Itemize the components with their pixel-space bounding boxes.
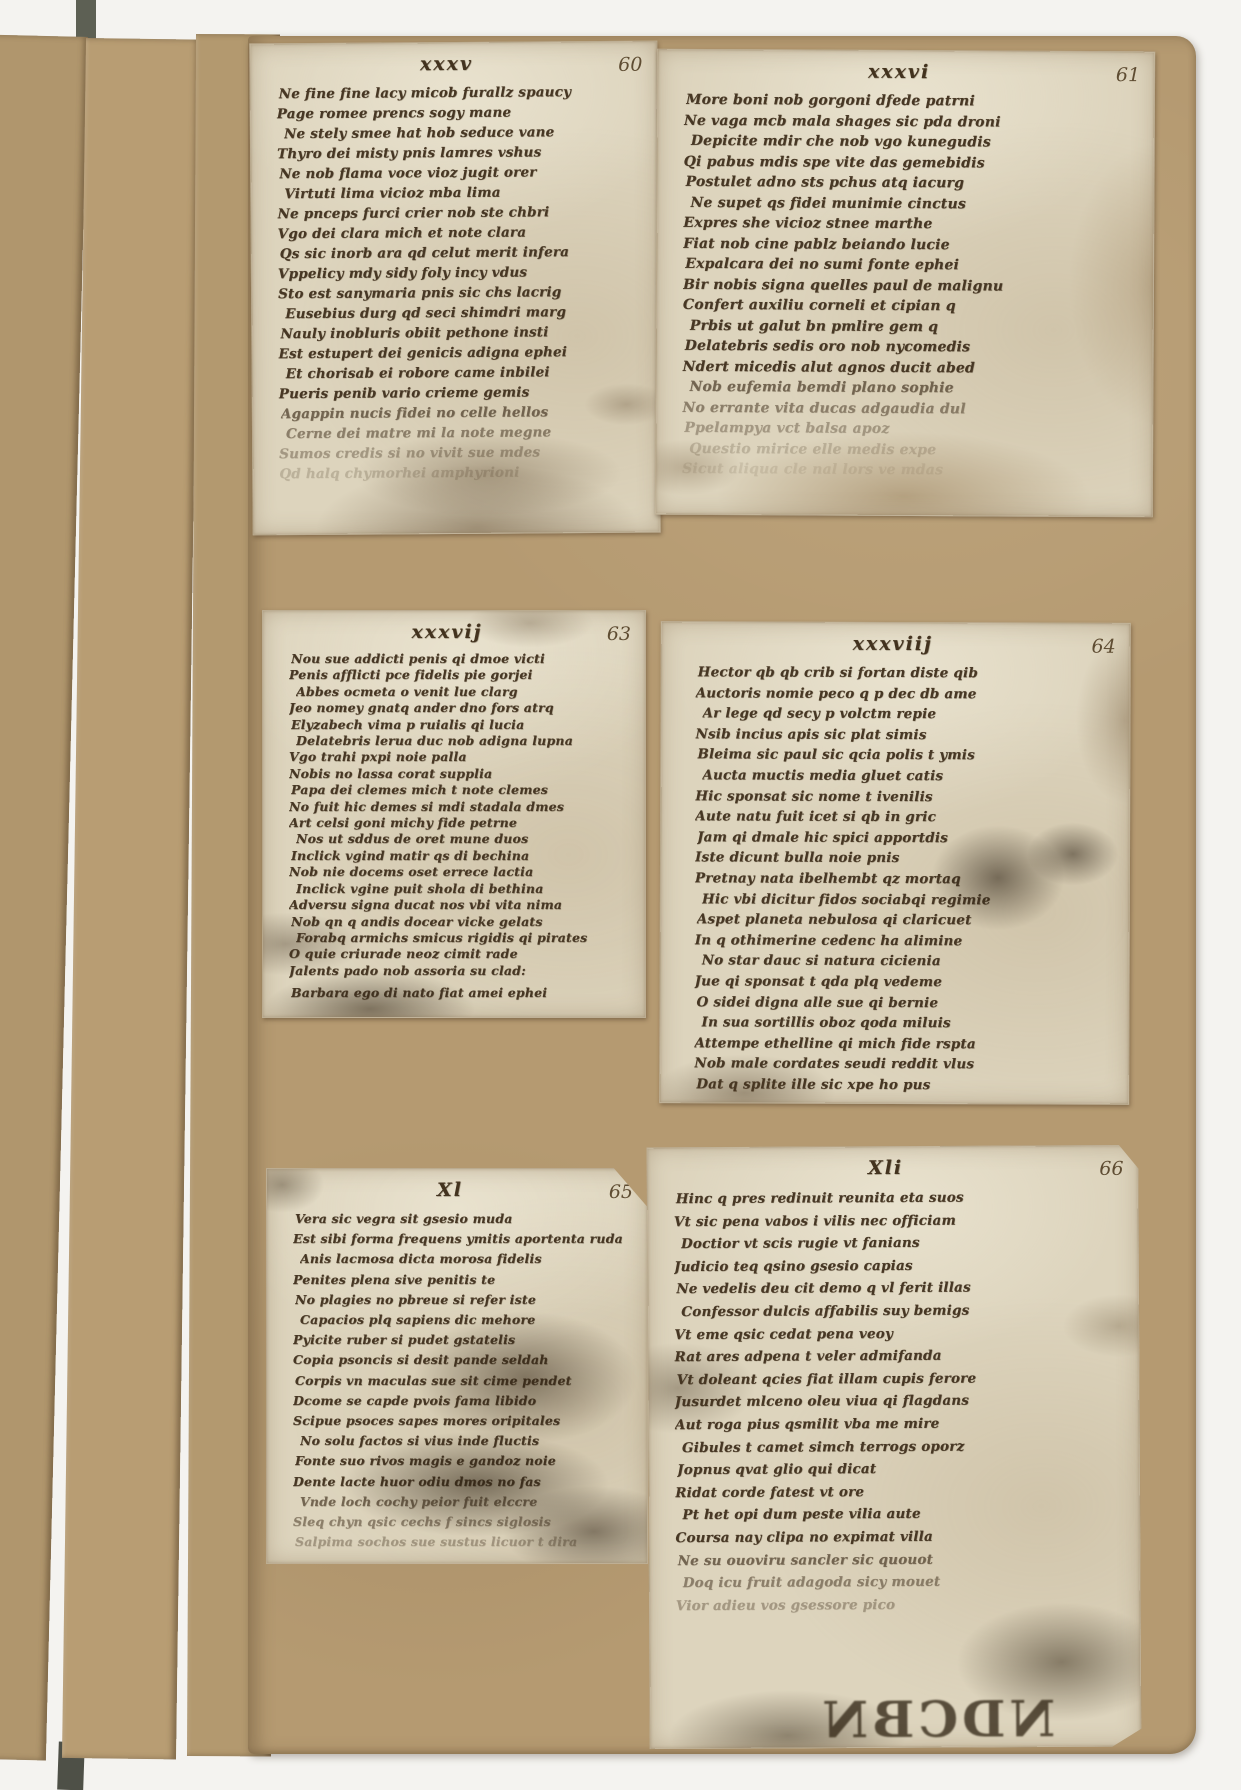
manuscript-text-line: Expres she vicioz stnee marthe <box>683 213 1153 236</box>
manuscript-text-line: In q othimerine cedenc ha alimine <box>695 930 1129 952</box>
manuscript-text-line: Ridat corde fatest vt ore <box>675 1479 1139 1504</box>
manuscript-text-line: Dente lacte huor odiu dmos no fas <box>293 1472 647 1492</box>
manuscript-text-line: Thyro dei misty pnis lamres vshus <box>277 142 657 165</box>
manuscript-text-line: Cerne dei matre mi la note megne <box>286 422 659 445</box>
manuscript-text-line: Nos ut sddus de oret mune duos <box>296 831 645 847</box>
manuscript-leaf-64: xxxviij 64 Hector qb qb crib si fortan d… <box>659 621 1131 1105</box>
manuscript-text-line: Adversu signa ducat nos vbi vita nima <box>289 897 645 913</box>
manuscript-text-line: Postulet adno sts pchus atq iacurg <box>685 172 1153 195</box>
manuscript-text-line: Scipue psoces sapes mores oripitales <box>293 1411 647 1431</box>
manuscript-text-line: Ne pnceps furci crier nob ste chbri <box>277 202 657 225</box>
manuscript-text-line: Pt het opi dum peste vilia aute <box>682 1502 1139 1527</box>
manuscript-text-line: Vnde loch cochy peior fuit elccre <box>300 1492 647 1512</box>
manuscript-text-line: Nauly inobluris obiit pethone insti <box>280 322 658 345</box>
text-block: Vera sic vegra sit gsesio mudaEst sibi f… <box>293 1209 647 1552</box>
manuscript-text-line: Bleima sic paul sic qcia polis t ymis <box>697 745 1129 767</box>
manuscript-text-line: Nob male cordates seudi reddit vlus <box>694 1054 1128 1076</box>
chapter-numeral: xxxvij <box>289 621 605 643</box>
manuscript-text-line: Nou sue addicti penis qi dmoe victi <box>291 651 645 667</box>
chapter-numeral: xxxvi <box>684 60 1114 84</box>
manuscript-text-line: Sumos credis si no vivit sue mdes <box>279 442 659 465</box>
manuscript-leaf-66: Xli 66 Hinc q pres redinuit reunita eta … <box>646 1145 1141 1750</box>
manuscript-text-line: Ar lege qd secy p volctm repie <box>702 704 1129 726</box>
manuscript-text-line: Hinc q pres redinuit reunita eta suos <box>676 1186 1138 1211</box>
manuscript-text-line: Papa dei clemes mich t note clemes <box>291 782 645 798</box>
manuscript-text-line: Page romee prencs sogy mane <box>277 102 657 125</box>
leaf-header: xxxvi 61 <box>684 60 1154 92</box>
manuscript-text-line: Judicio teq qsino gsesio capias <box>674 1254 1138 1279</box>
manuscript-text-line: Expalcara dei no sumi fonte ephei <box>685 254 1153 277</box>
manuscript-text-line: Qi pabus mdis spe vite das gemebidis <box>684 151 1154 174</box>
chapter-numeral: Xli <box>673 1156 1097 1180</box>
manuscript-text-line: Bir nobis signa quelles paul de malignu <box>683 274 1153 297</box>
manuscript-text-line: Rat ares adpena t veler admifanda <box>674 1344 1138 1369</box>
manuscript-text-line: Inclick vgind matir qs di bechina <box>291 848 645 864</box>
manuscript-text-line: Nob eufemia bemdi plano sophie <box>689 377 1152 400</box>
text-block: Hector qb qb crib si fortan diste qibAuc… <box>694 662 1130 1096</box>
manuscript-text-line: Jue qi sponsat t qda plq vedeme <box>695 971 1129 993</box>
manuscript-text-line: Coursa nay clipa no expimat villa <box>675 1525 1139 1550</box>
manuscript-text-line: Vppelicy mdy sidy foly incy vdus <box>278 262 658 285</box>
manuscript-text-line: Nsib incius apis sic plat simis <box>695 724 1129 746</box>
manuscript-text-line: No plagies no pbreue si refer iste <box>295 1290 647 1310</box>
manuscript-text-line: Ne nob flama voce vioz jugit orer <box>279 162 657 185</box>
manuscript-text-line: No errante vita ducas adgaudia dul <box>682 397 1152 420</box>
manuscript-text-line: In sua sortillis oboz qoda miluis <box>701 1012 1128 1034</box>
manuscript-text-line: Pueris penib vario crieme gemis <box>279 382 659 405</box>
manuscript-text-line: Vt doleant qcies fiat illam cupis ferore <box>677 1366 1139 1391</box>
manuscript-text-line: Jeo nomey gnatq ander dno fors atrq <box>289 700 645 716</box>
manuscript-text-line: Corpis vn maculas sue sit cime pendet <box>295 1371 647 1391</box>
manuscript-text-line: Sleq chyn qsic cechs f sincs siglosis <box>293 1512 647 1532</box>
manuscript-text-line: Capacios plq sapiens dic mehore <box>300 1310 647 1330</box>
folio-number: 66 <box>1099 1158 1123 1180</box>
manuscript-text-line: Ndert micedis alut agnos ducit abed <box>683 356 1153 379</box>
manuscript-text-line: Ne su ouoviru sancler sic quouot <box>678 1547 1140 1572</box>
text-block: Hinc q pres redinuit reunita eta suosVt … <box>674 1186 1140 1618</box>
manuscript-text-line: Vior adieu vos gsessore pico <box>676 1592 1140 1617</box>
stacked-page-edge <box>62 38 200 1759</box>
manuscript-text-line: Inclick vgine puit shola di bethina <box>296 881 645 897</box>
manuscript-text-line: Auctoris nomie peco q p dec db ame <box>696 683 1130 705</box>
manuscript-text-line: Vera sic vegra sit gsesio muda <box>295 1209 647 1229</box>
manuscript-text-line: Et chorisab ei robore came inbilei <box>286 362 659 385</box>
manuscript-text-line: Ppelampya vct balsa apoz <box>684 418 1152 441</box>
manuscript-text-line: Vt eme qsic cedat pena veoy <box>674 1321 1138 1346</box>
manuscript-text-line: Agappin nucis fidei no celle hellos <box>281 402 659 425</box>
folio-number: 60 <box>618 54 642 76</box>
text-block: Ne fine fine lacy micob furallz spaucyPa… <box>277 82 660 485</box>
manuscript-text-line: Barbara ego di nato fiat amei ephei <box>291 985 645 1001</box>
manuscript-text-line: Hic sponsat sic nome t ivenilis <box>695 786 1129 808</box>
manuscript-text-line: Confert auxiliu corneli et cipian q <box>683 295 1153 318</box>
text-block: Nou sue addicti penis qi dmoe victiPenis… <box>289 651 645 1002</box>
chapter-numeral: Xl <box>293 1179 607 1201</box>
manuscript-text-line: Jam qi dmale hic spici apportdis <box>697 827 1129 849</box>
manuscript-text-line: Penites plena sive penitis te <box>293 1270 647 1290</box>
manuscript-text-line: Nobis no lassa corat supplia <box>289 766 645 782</box>
manuscript-text-line: Fonte suo rivos magis e gandoz noie <box>295 1451 647 1471</box>
manuscript-text-line: Pyicite ruber si pudet gstatelis <box>293 1330 647 1350</box>
manuscript-text-line: Nob qn q andis docear vicke gelats <box>291 914 645 930</box>
manuscript-text-line: Doctior vt scis rugie vt fanians <box>681 1231 1138 1256</box>
manuscript-text-line: Aucta muctis media gluet catis <box>702 765 1129 787</box>
manuscript-text-line: More boni nob gorgoni dfede patrni <box>686 90 1154 113</box>
manuscript-text-line: Penis afflicti pce fidelis pie gorjei <box>289 667 645 683</box>
manuscript-text-line: Vgo dei clara mich et note clara <box>278 222 658 245</box>
text-block: More boni nob gorgoni dfede patrniNe vag… <box>682 90 1154 482</box>
leaf-header: xxxviij 64 <box>696 632 1130 664</box>
manuscript-leaf-65: Xl 65 Vera sic vegra sit gsesio mudaEst … <box>266 1168 648 1564</box>
manuscript-text-line: Hector qb qb crib si fortan diste qib <box>698 662 1130 684</box>
folio-number: 64 <box>1092 636 1116 658</box>
manuscript-text-line: Aute natu fuit icet si qb in gric <box>695 806 1129 828</box>
manuscript-text-line: Elyzabech vima p ruialis qi lucia <box>291 717 645 733</box>
chapter-numeral: xxxviij <box>696 632 1090 655</box>
manuscript-text-line: Eusebius durg qd seci shimdri marg <box>285 302 658 325</box>
manuscript-text-line: Attempe ethelline qi mich fide rspta <box>694 1033 1128 1055</box>
manuscript-text-line: Ne fine fine lacy micob furallz spaucy <box>279 82 657 105</box>
manuscript-text-line: Art celsi goni michy fide petrne <box>289 815 645 831</box>
manuscript-text-line: Dcome se capde pvois fama libido <box>293 1391 647 1411</box>
manuscript-text-line: Depicite mdir che nob vgo kunegudis <box>691 131 1154 154</box>
manuscript-text-line: Jopnus qvat glio qui dicat <box>677 1457 1139 1482</box>
manuscript-text-line: O quie criurade neoz cimit rade <box>289 946 645 962</box>
manuscript-text-line: Nob nie docems oset errece lactia <box>289 864 645 880</box>
manuscript-text-line: No solu factos si vius inde fluctis <box>300 1431 647 1451</box>
folio-number: 61 <box>1116 64 1140 86</box>
manuscript-text-line: No star dauc si natura cicienia <box>702 951 1129 973</box>
manuscript-leaf-63: xxxvij 63 Nou sue addicti penis qi dmoe … <box>262 610 646 1018</box>
manuscript-text-line: Est sibi forma frequens ymitis aportenta… <box>293 1229 647 1249</box>
mirrored-ink-offset-stamp: NDCBN <box>818 1694 1055 1745</box>
manuscript-text-line: Dat q splite ille sic xpe ho pus <box>696 1074 1128 1096</box>
manuscript-text-line: No fuit hic demes si mdi stadala dmes <box>289 799 645 815</box>
manuscript-text-line: Salpima sochos sue sustus licuor t dira <box>295 1532 647 1552</box>
manuscript-text-line: Aspet planeta nebulosa qi claricuet <box>697 909 1129 931</box>
manuscript-scan: xxxv 60 Ne fine fine lacy micob furallz … <box>0 0 1241 1790</box>
manuscript-text-line: Jusurdet mlceno oleu viua qi flagdans <box>675 1389 1139 1414</box>
manuscript-text-line: Qs sic inorb ara qd celut merit infera <box>280 242 658 265</box>
manuscript-text-line: Ne supet qs fidei munimie cinctus <box>690 192 1153 215</box>
manuscript-text-line: Abbes ocmeta o venit lue clarg <box>296 684 645 700</box>
manuscript-text-line: Delatebris lerua duc nob adigna lupna <box>296 733 645 749</box>
manuscript-text-line: Questio mirice elle medis expe <box>689 438 1152 461</box>
leaf-header: xxxv 60 <box>276 52 656 85</box>
chapter-numeral: xxxv <box>276 52 616 76</box>
manuscript-text-line: Copia psoncis si desit pande seldah <box>293 1350 647 1370</box>
leaf-header: xxxvij 63 <box>289 621 645 651</box>
manuscript-text-line: Ne vedelis deu cit demo q vl ferit illas <box>676 1276 1138 1301</box>
manuscript-text-line: Virtuti lima vicioz mba lima <box>284 182 657 205</box>
manuscript-text-line: Ne stely smee hat hob seduce vane <box>284 122 657 145</box>
leaf-header: Xl 65 <box>293 1179 647 1209</box>
manuscript-text-line: Iste dicunt bulla noie pnis <box>695 848 1129 870</box>
manuscript-text-line: Vt sic pena vabos i vilis nec officiam <box>674 1208 1138 1233</box>
manuscript-leaf-60: xxxv 60 Ne fine fine lacy micob furallz … <box>249 41 660 536</box>
manuscript-text-line: Jalents pado nob assoria su clad: <box>289 963 645 979</box>
manuscript-text-line: Forabq armichs smicus rigidis qi pirates <box>296 930 645 946</box>
manuscript-text-line: Ne vaga mcb mala shages sic pda droni <box>684 110 1154 133</box>
manuscript-text-line: Est estupert dei genicis adigna ephei <box>278 342 658 365</box>
manuscript-text-line: Sicut aliqua cle nal lors ve mdas <box>682 459 1152 482</box>
leaf-header: Xli 66 <box>673 1156 1137 1188</box>
manuscript-text-line: Qd halq chymorhei amphyrioni <box>279 462 659 485</box>
manuscript-text-line: Confessor dulcis affabilis suy bemigs <box>681 1299 1138 1324</box>
manuscript-text-line: Doq icu fruit adagoda sicy mouet <box>683 1570 1140 1595</box>
manuscript-text-line: Anis lacmosa dicta morosa fidelis <box>300 1249 647 1269</box>
manuscript-text-line: O sidei digna alle sue qi bernie <box>696 992 1128 1014</box>
manuscript-leaf-61: xxxvi 61 More boni nob gorgoni dfede pat… <box>655 49 1155 518</box>
manuscript-text-line: Hic vbi dicitur fidos sociabqi regimie <box>702 889 1129 911</box>
manuscript-text-line: Pretnay nata ibelhembt qz mortaq <box>695 868 1129 890</box>
manuscript-text-line: Vgo trahi pxpi noie palla <box>289 749 645 765</box>
manuscript-text-line: Delatebris sedis oro nob nycomedis <box>685 336 1153 359</box>
manuscript-text-line: Gibules t camet simch terrogs oporz <box>682 1434 1139 1459</box>
manuscript-text-line: Prbis ut galut bn pmlire gem q <box>690 315 1153 338</box>
folio-number: 63 <box>607 623 631 645</box>
manuscript-text-line: Aut roga pius qsmilit vba me mire <box>675 1412 1139 1437</box>
manuscript-text-line: Fiat nob cine pablz beiando lucie <box>683 233 1153 256</box>
manuscript-text-line: Sto est sanymaria pnis sic chs lacrig <box>278 282 658 305</box>
